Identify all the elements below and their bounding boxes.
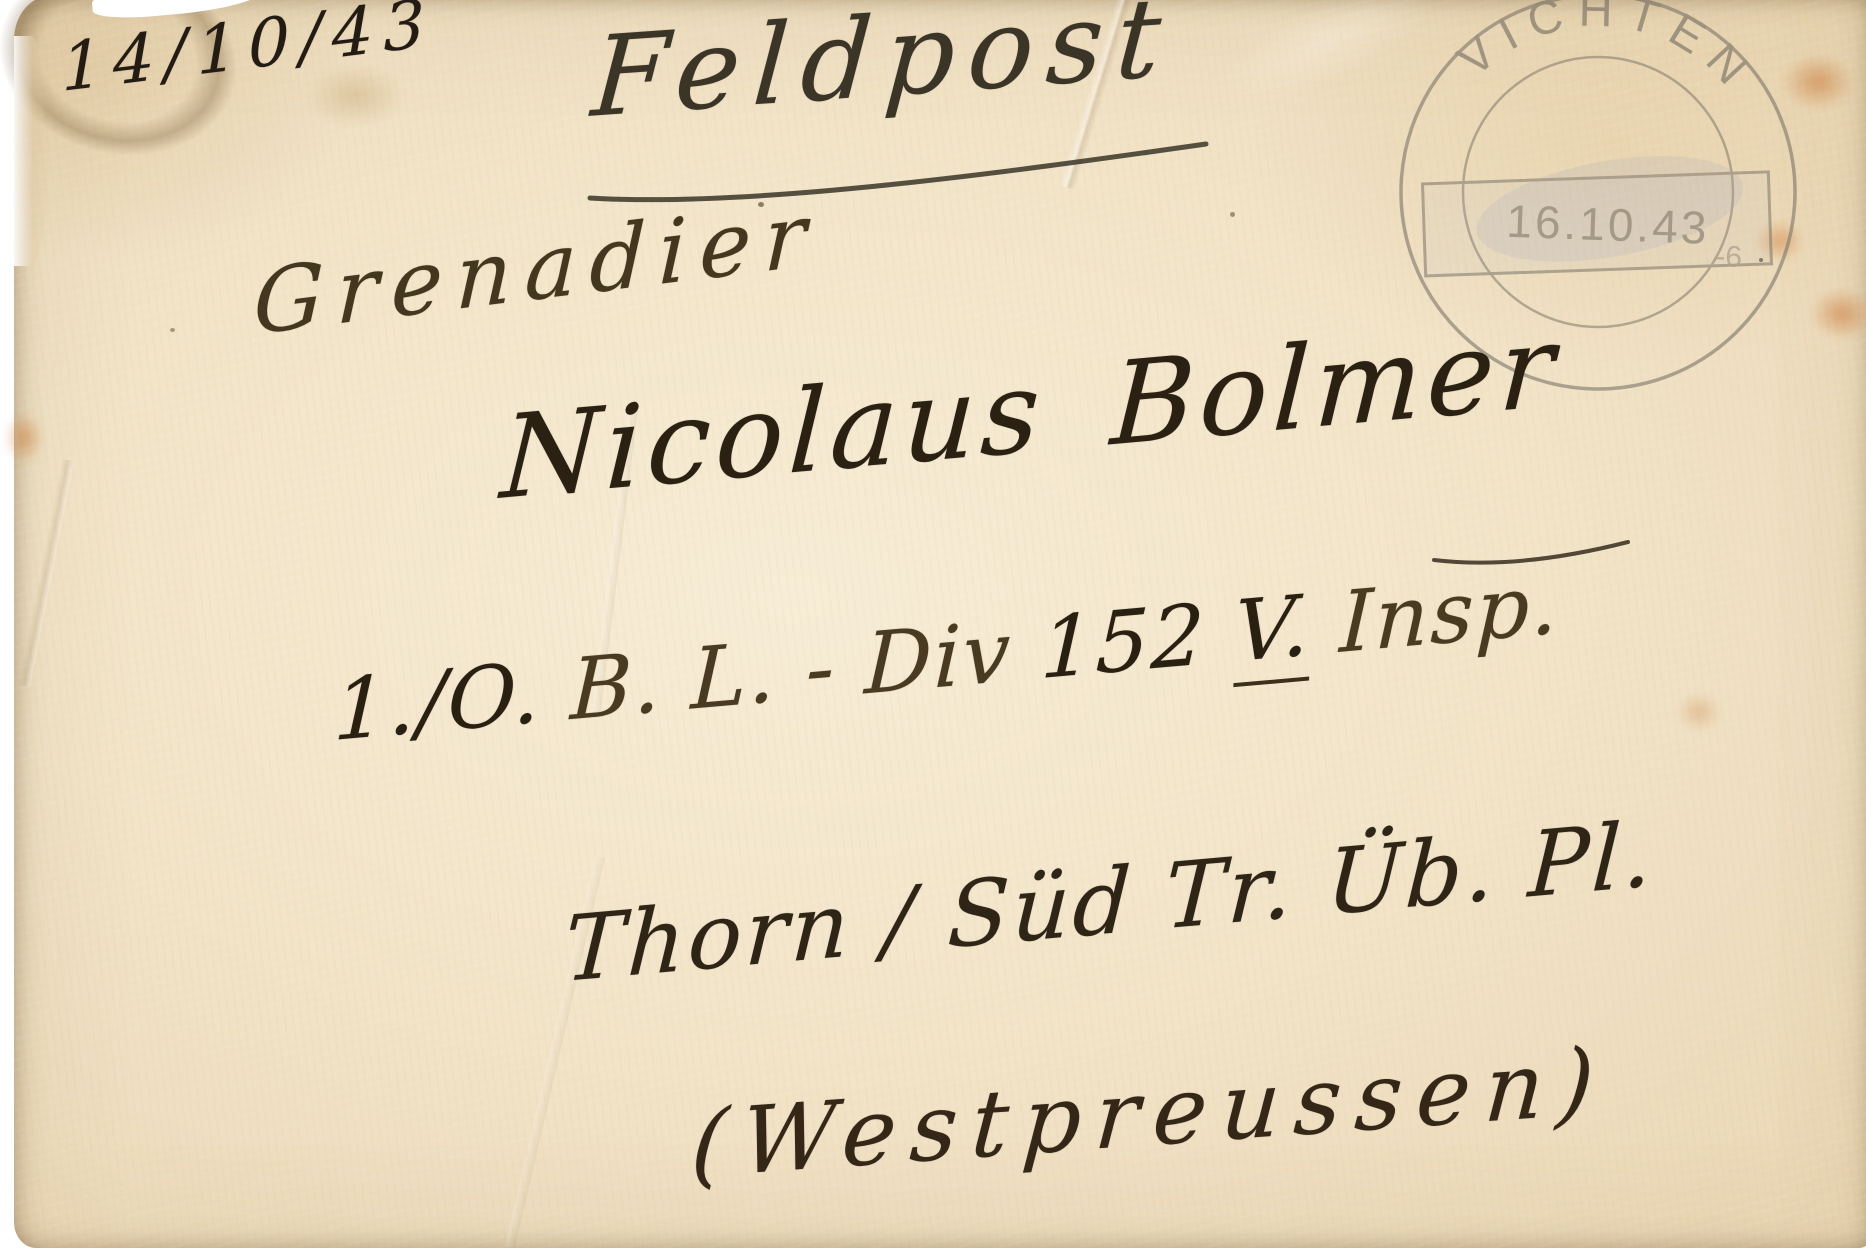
foxing-stain [4,412,44,464]
ink-speck [1230,212,1235,217]
svg-text:VICHTEN: VICHTEN [1445,0,1773,106]
postmark-time-code: -6 [1715,240,1743,274]
postmark-town-arc: VICHTEN [1445,0,1773,106]
unit-number: 152 [1039,585,1208,698]
foxing-stain [1810,288,1866,340]
unit-company: 1./O. [332,643,544,760]
foxing-stain [1676,692,1722,732]
unit-inspection: Insp. [1338,554,1561,672]
left-edge-curl [14,36,48,266]
ink-speck [170,328,175,332]
scan-background: { "document_type": "scanned WWII field p… [0,0,1866,1259]
paper-crease [18,459,74,687]
unit-roman-numeral: V. [1233,576,1313,687]
postmark-date: 16.10.43 [1506,195,1711,254]
